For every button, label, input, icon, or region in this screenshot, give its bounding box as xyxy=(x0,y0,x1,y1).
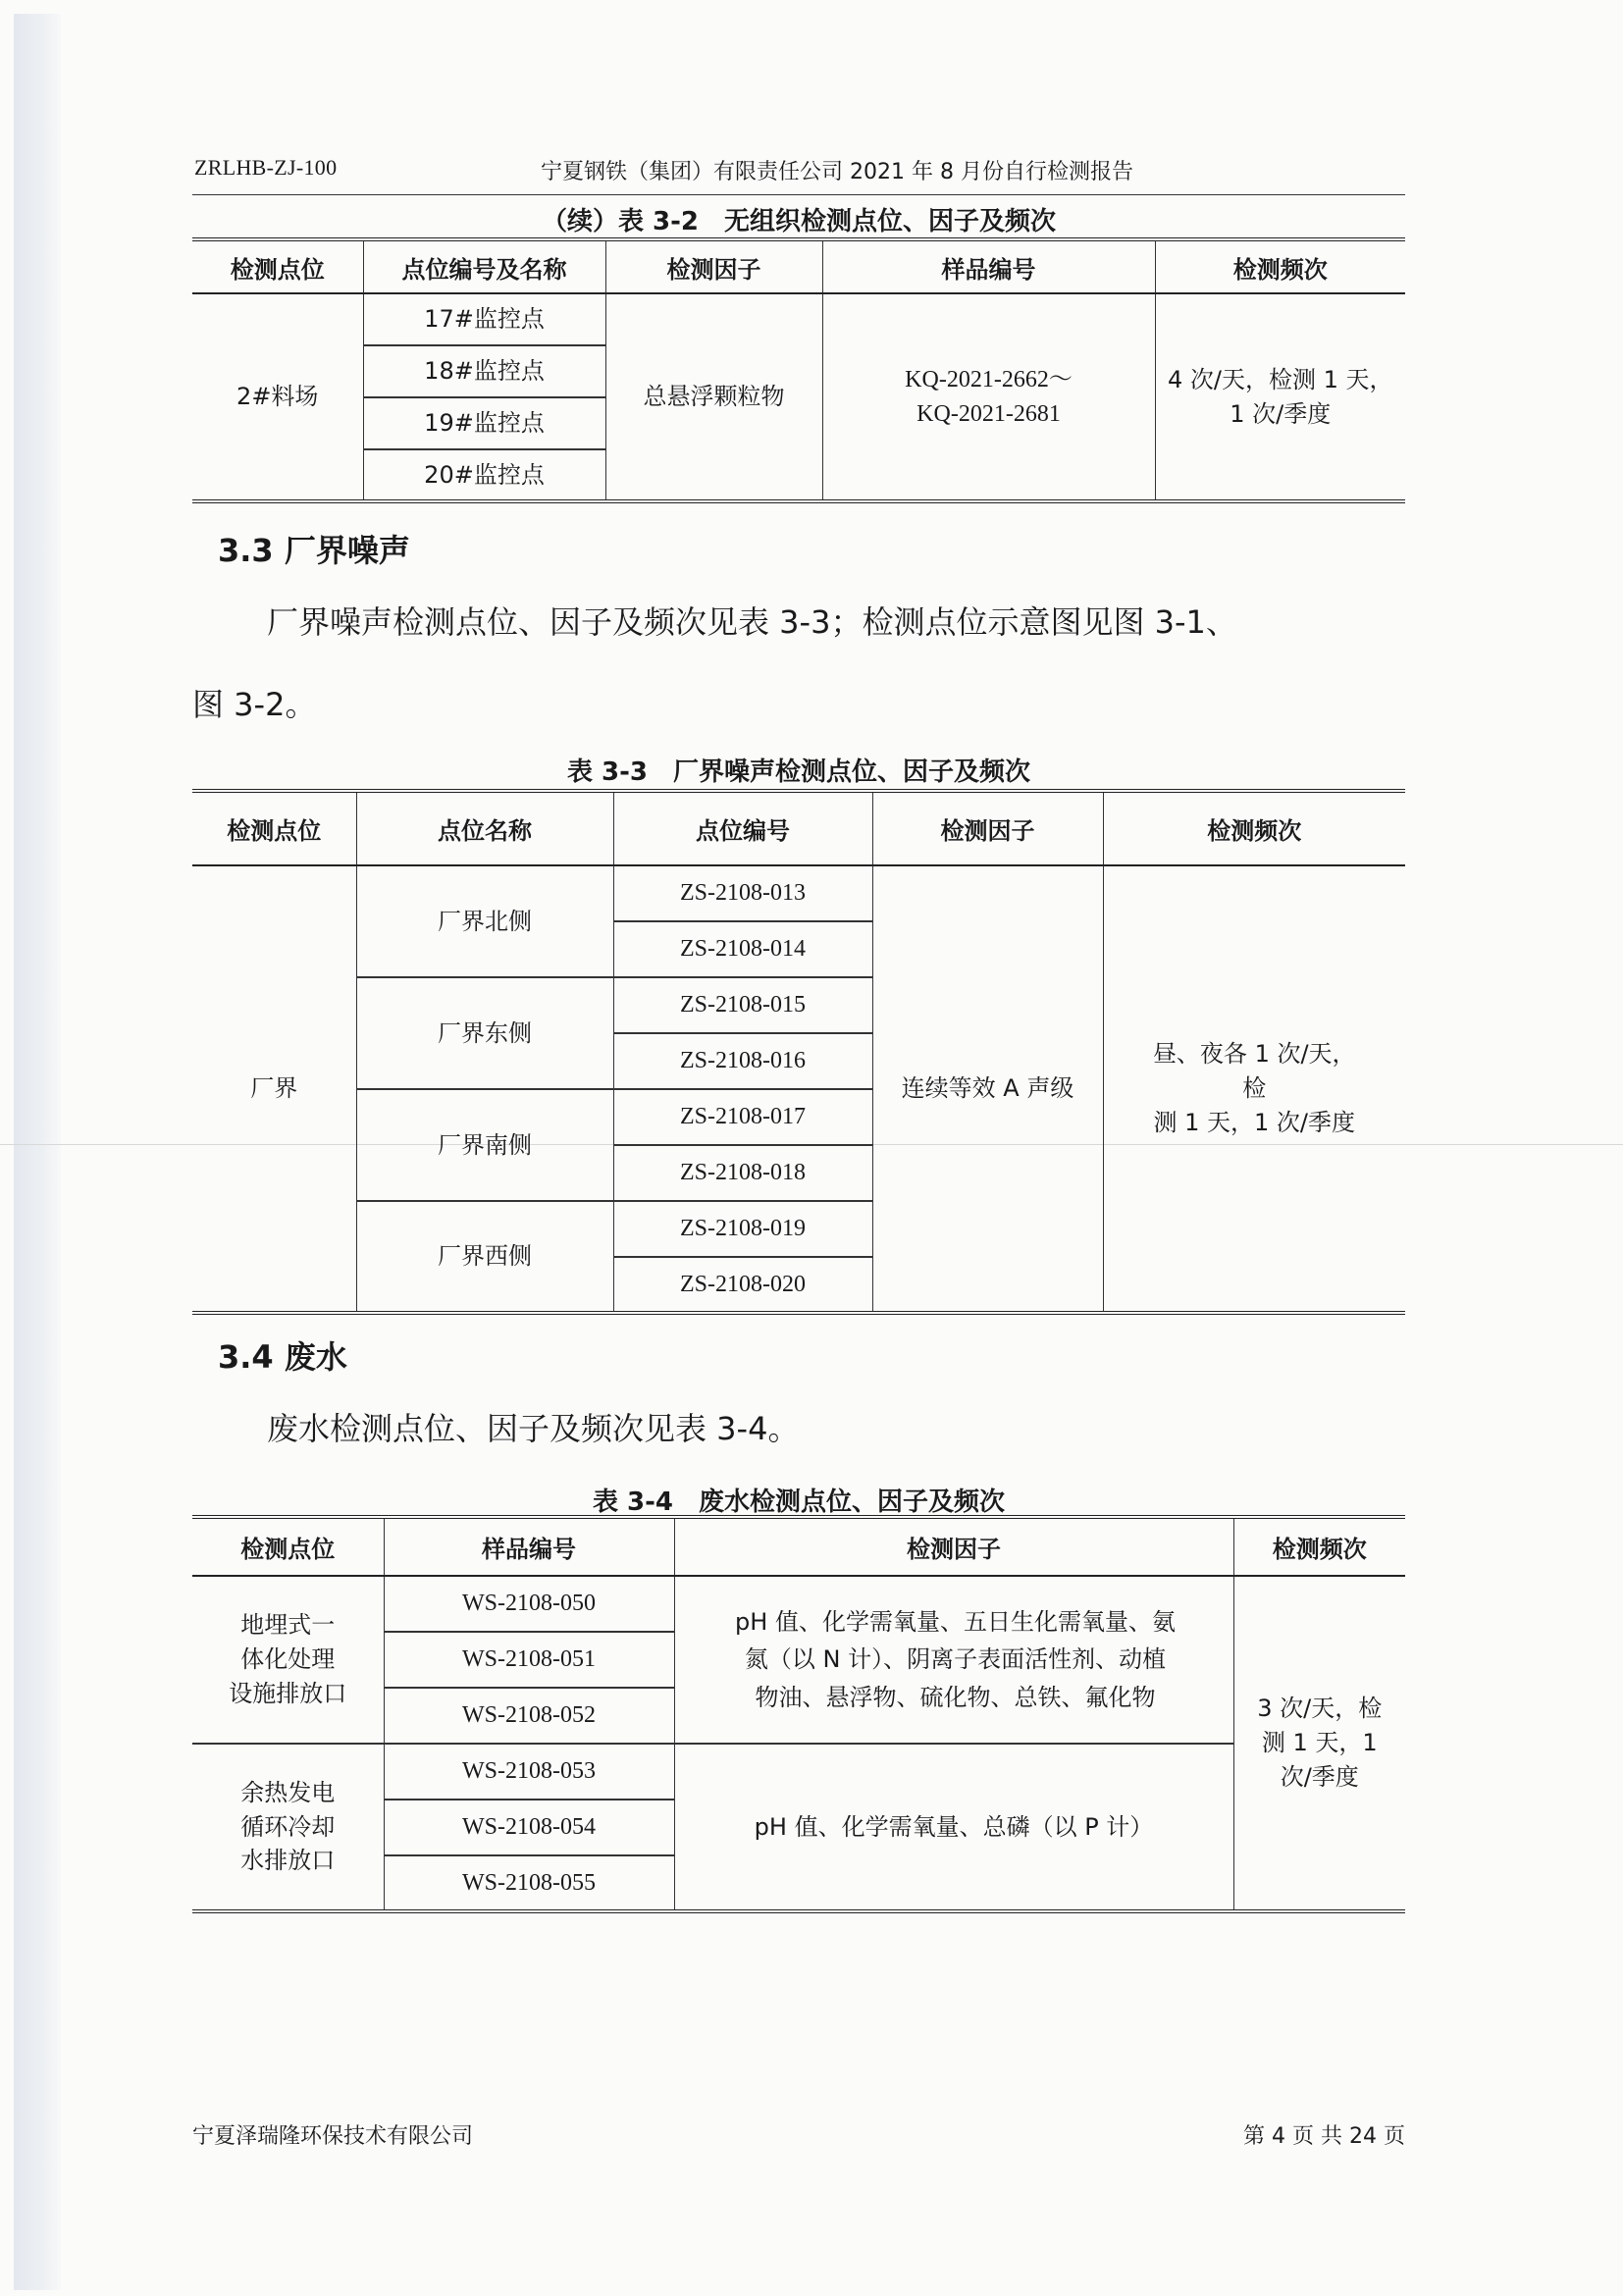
table-row: 2#料场 17#监控点 总悬浮颗粒物 KQ-2021-2662～ KQ-2021… xyxy=(192,293,1405,345)
sample-id-range-start: KQ-2021-2662～ xyxy=(905,367,1073,392)
frequency-line: 测 1 天，1 次/季度 xyxy=(1153,1109,1355,1136)
location-line: 地埋式一 xyxy=(240,1611,335,1639)
factor-line: 物油、悬浮物、硫化物、总铁、氟化物 xyxy=(756,1684,1156,1711)
location-cell: 余热发电 循环冷却 水排放口 xyxy=(192,1744,384,1911)
page-number: 第 4 页 共 24 页 xyxy=(1243,2119,1405,2150)
location-line: 水排放口 xyxy=(240,1847,335,1874)
point-name-cell: 厂界北侧 xyxy=(356,865,613,977)
sample-id-cell: WS-2108-054 xyxy=(384,1800,674,1855)
section-3-3-paragraph-line2: 图 3-2。 xyxy=(192,689,316,720)
column-header: 检测频次 xyxy=(1103,791,1405,865)
column-header: 检测点位 xyxy=(192,1517,384,1576)
point-id-cell: ZS-2108-017 xyxy=(613,1089,872,1145)
point-id-cell: ZS-2108-019 xyxy=(613,1201,872,1257)
frequency-line: 4 次/天，检测 1 天， xyxy=(1168,366,1393,393)
point-id-cell: ZS-2108-015 xyxy=(613,977,872,1033)
location-line: 循环冷却 xyxy=(240,1813,335,1841)
frequency-line: 次/季度 xyxy=(1281,1763,1359,1791)
frequency-line: 3 次/天，检 xyxy=(1257,1695,1382,1722)
column-header: 点位编号及名称 xyxy=(363,239,605,293)
location-line: 余热发电 xyxy=(240,1779,335,1806)
page-header: ZRLHB-ZJ-100 宁夏钢铁（集团）有限责任公司 2021 年 8 月份自… xyxy=(192,155,1405,195)
location-cell: 地埋式一 体化处理 设施排放口 xyxy=(192,1576,384,1744)
column-header: 点位名称 xyxy=(356,791,613,865)
table-header-row: 检测点位 点位编号及名称 检测因子 样品编号 检测频次 xyxy=(192,239,1405,293)
table-header-row: 检测点位 点位名称 点位编号 检测因子 检测频次 xyxy=(192,791,1405,865)
point-cell: 18#监控点 xyxy=(363,345,605,397)
factor-cell: pH 值、化学需氧量、五日生化需氧量、氨 氮（以 N 计）、阴离子表面活性剂、动… xyxy=(674,1576,1233,1744)
sample-id-cell: WS-2108-055 xyxy=(384,1855,674,1911)
location-line: 体化处理 xyxy=(240,1645,335,1673)
page-footer: 宁夏泽瑞隆环保技术有限公司 第 4 页 共 24 页 xyxy=(192,2119,1405,2149)
frequency-cell: 4 次/天，检测 1 天， 1 次/季度 xyxy=(1155,293,1405,501)
column-header: 检测因子 xyxy=(674,1517,1233,1576)
point-id-cell: ZS-2108-013 xyxy=(613,865,872,921)
table-3-2-title: （续）表 3-2 无组织检测点位、因子及频次 xyxy=(192,201,1405,237)
section-3-4-heading: 3.4 废水 xyxy=(218,1332,347,1378)
column-header: 检测点位 xyxy=(192,239,363,293)
document-code: ZRLHB-ZJ-100 xyxy=(194,155,337,181)
sample-id-cell: WS-2108-050 xyxy=(384,1576,674,1632)
column-header: 检测因子 xyxy=(872,791,1103,865)
factor-line: pH 值、化学需氧量、五日生化需氧量、氨 xyxy=(735,1608,1176,1636)
section-3-3-heading: 3.3 厂界噪声 xyxy=(218,526,410,571)
company-name: 宁夏泽瑞隆环保技术有限公司 xyxy=(192,2119,473,2150)
scan-edge-shadow xyxy=(14,14,61,2290)
table-3-2: 检测点位 点位编号及名称 检测因子 样品编号 检测频次 2#料场 17#监控点 … xyxy=(192,237,1405,503)
sample-id-cell: WS-2108-052 xyxy=(384,1688,674,1744)
section-3-3-paragraph-line1: 厂界噪声检测点位、因子及频次见表 3-3；检测点位示意图见图 3-1、 xyxy=(267,606,1237,638)
document-title: 宁夏钢铁（集团）有限责任公司 2021 年 8 月份自行检测报告 xyxy=(541,155,1133,185)
table-header-row: 检测点位 样品编号 检测因子 检测频次 xyxy=(192,1517,1405,1576)
column-header: 检测频次 xyxy=(1233,1517,1405,1576)
point-cell: 20#监控点 xyxy=(363,449,605,501)
point-id-cell: ZS-2108-016 xyxy=(613,1033,872,1089)
factor-cell: 连续等效 A 声级 xyxy=(872,865,1103,1313)
column-header: 样品编号 xyxy=(822,239,1155,293)
table-3-4-title: 表 3-4 废水检测点位、因子及频次 xyxy=(192,1482,1405,1518)
point-cell: 19#监控点 xyxy=(363,397,605,449)
point-name-cell: 厂界东侧 xyxy=(356,977,613,1089)
point-name-cell: 厂界西侧 xyxy=(356,1201,613,1313)
table-row: 厂界 厂界北侧 ZS-2108-013 连续等效 A 声级 昼、夜各 1 次/天… xyxy=(192,865,1405,921)
point-id-cell: ZS-2108-018 xyxy=(613,1145,872,1201)
column-header: 点位编号 xyxy=(613,791,872,865)
section-3-4-paragraph: 废水检测点位、因子及频次见表 3-4。 xyxy=(267,1413,799,1444)
frequency-cell: 3 次/天，检 测 1 天，1 次/季度 xyxy=(1233,1576,1405,1911)
column-header: 样品编号 xyxy=(384,1517,674,1576)
point-name-cell: 厂界南侧 xyxy=(356,1089,613,1201)
column-header: 检测因子 xyxy=(605,239,822,293)
column-header: 检测点位 xyxy=(192,791,356,865)
column-header: 检测频次 xyxy=(1155,239,1405,293)
table-3-3-title: 表 3-3 厂界噪声检测点位、因子及频次 xyxy=(192,752,1405,788)
location-cell: 2#料场 xyxy=(192,293,363,501)
factor-cell: 总悬浮颗粒物 xyxy=(605,293,822,501)
frequency-line: 昼、夜各 1 次/天，检 xyxy=(1153,1040,1356,1102)
sample-id-range-end: KQ-2021-2681 xyxy=(916,401,1061,427)
sample-id-cell: WS-2108-051 xyxy=(384,1632,674,1688)
frequency-line: 测 1 天，1 xyxy=(1262,1729,1378,1756)
location-line: 设施排放口 xyxy=(229,1680,346,1707)
factor-cell: pH 值、化学需氧量、总磷（以 P 计） xyxy=(674,1744,1233,1911)
table-3-3: 检测点位 点位名称 点位编号 检测因子 检测频次 厂界 厂界北侧 ZS-2108… xyxy=(192,789,1405,1315)
table-3-4: 检测点位 样品编号 检测因子 检测频次 地埋式一 体化处理 设施排放口 WS-2… xyxy=(192,1515,1405,1913)
frequency-cell: 昼、夜各 1 次/天，检 测 1 天，1 次/季度 xyxy=(1103,865,1405,1313)
point-id-cell: ZS-2108-020 xyxy=(613,1257,872,1313)
sample-id-cell: KQ-2021-2662～ KQ-2021-2681 xyxy=(822,293,1155,501)
table-row: 余热发电 循环冷却 水排放口 WS-2108-053 pH 值、化学需氧量、总磷… xyxy=(192,1744,1405,1800)
point-cell: 17#监控点 xyxy=(363,293,605,345)
location-cell: 厂界 xyxy=(192,865,356,1313)
sample-id-cell: WS-2108-053 xyxy=(384,1744,674,1800)
point-id-cell: ZS-2108-014 xyxy=(613,921,872,977)
frequency-line: 1 次/季度 xyxy=(1230,400,1331,428)
table-row: 地埋式一 体化处理 设施排放口 WS-2108-050 pH 值、化学需氧量、五… xyxy=(192,1576,1405,1632)
factor-line: 氮（以 N 计）、阴离子表面活性剂、动植 xyxy=(745,1645,1166,1673)
